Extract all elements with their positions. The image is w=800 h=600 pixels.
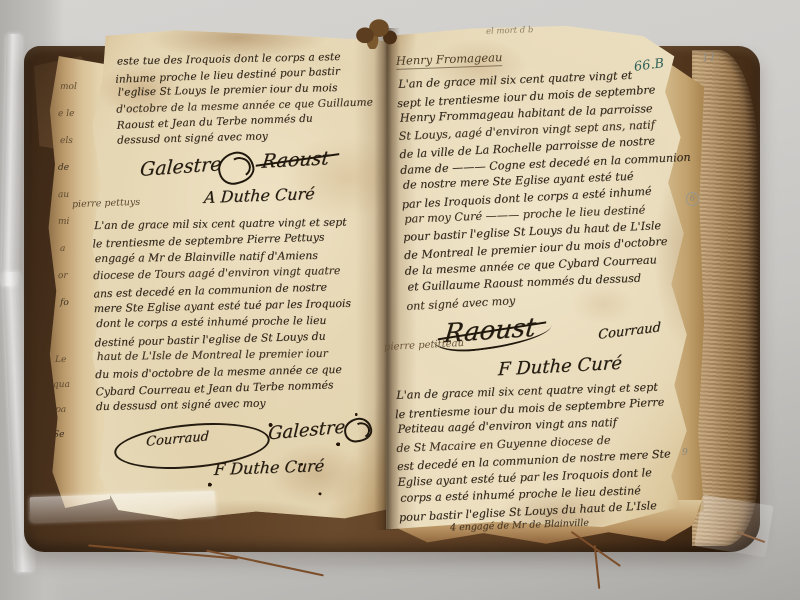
right-page-text: el mort d b Henry Fromageau 66.B 11 L'an… (386, 26, 696, 532)
entry-header-name: Henry Fromageau (396, 50, 503, 70)
signature-galestre: Galestre (139, 153, 222, 181)
left-entry-2-body: L'an de grace mil six cent quatre vingt … (92, 213, 396, 416)
text-fragment: Le (55, 348, 72, 373)
text-fragment: fo (60, 290, 77, 317)
signature-paraph-flourish-2 (342, 416, 374, 444)
folio-number-pencil: 11 (702, 51, 717, 65)
photo-scene: streut donfommeytede Mrtionotainscavoird… (0, 0, 800, 600)
text-fragment: de (58, 155, 75, 182)
trimmed-top-line: el mort d b (486, 25, 534, 37)
left-page-text: este tue des Iroquois dont le corps a es… (86, 30, 392, 524)
signature-raoust-struck: Raoust (261, 147, 331, 173)
text-fragment: qua (53, 373, 70, 398)
text-fragment: mol (60, 74, 77, 101)
text-fragment: e le (58, 101, 75, 128)
pencil-annotation-circled: 6 (686, 192, 699, 206)
signature-galestre-2: Galestre (268, 417, 346, 445)
text-fragment: pa (55, 398, 72, 423)
signature-cure: A Duthe Curé (203, 184, 315, 207)
right-entry-1-body: L'an de grace mil six cent quatre vingt … (396, 64, 712, 314)
plastic-sleeve-bottom-right (694, 495, 773, 558)
right-entry-2-body: L'an de grace mil six cent quatre vingt … (394, 376, 705, 525)
signature-cure-2: F Duthe Curé (213, 456, 325, 479)
left-edge-text-fragments-top: mole leelsdeaumiaorfo (58, 74, 75, 317)
margin-note-left: pierre pettuys (72, 197, 141, 210)
signature-cure-3: F Duthe Curé (498, 353, 623, 381)
text-fragment: a (60, 236, 77, 263)
text-fragment: els (60, 128, 77, 155)
signature-courraud-2: Courraud (598, 320, 661, 343)
binding-fray-top (350, 13, 400, 49)
left-entry-1-body: este tue des Iroquois dont le corps a es… (115, 48, 374, 148)
text-fragment: mi (58, 209, 75, 236)
text-fragment: or (58, 263, 75, 290)
